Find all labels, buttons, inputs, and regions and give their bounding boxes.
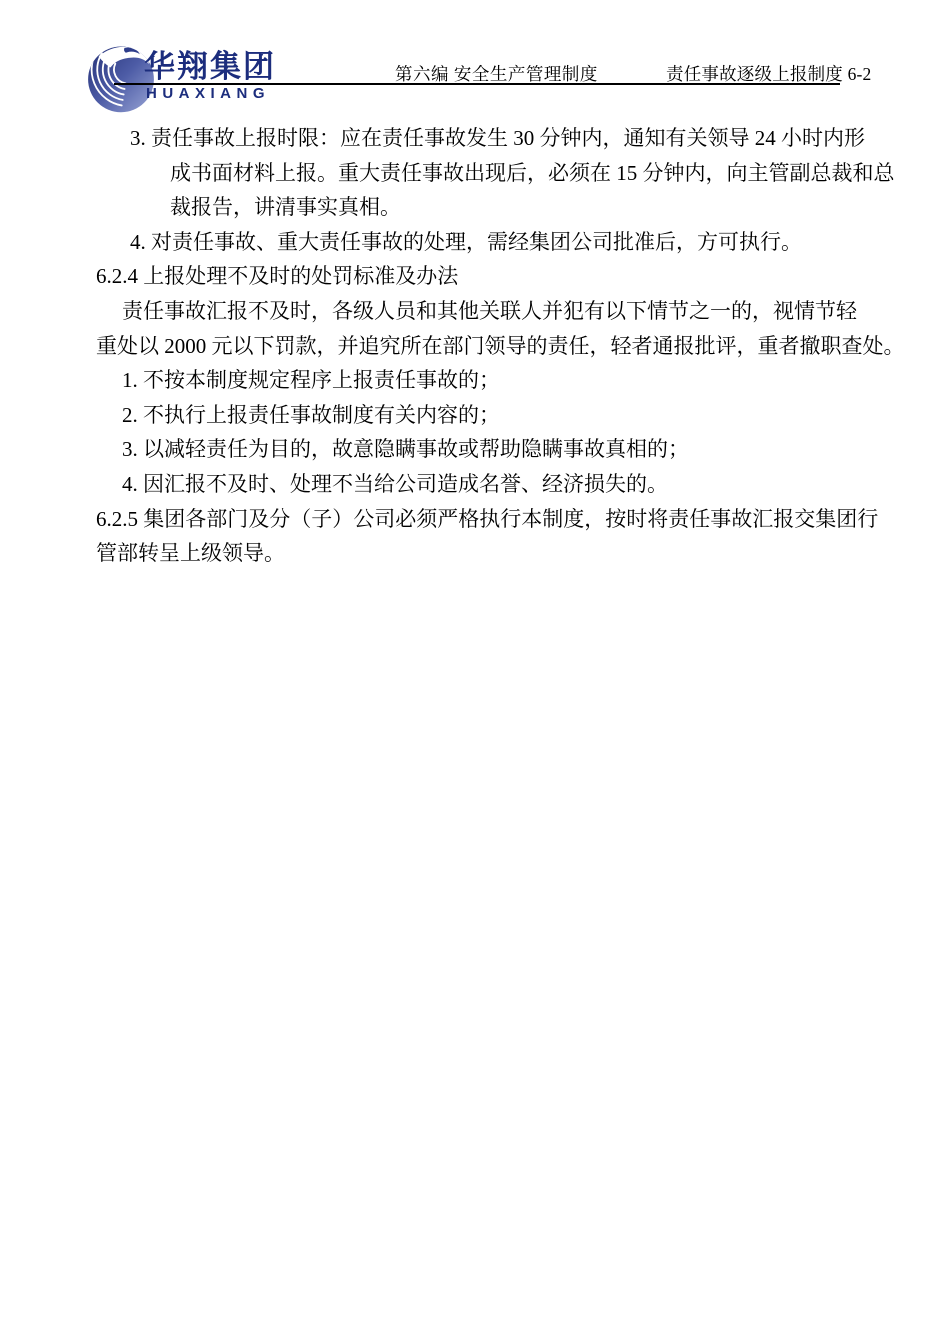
text-line: 责任事故汇报不及时，各级人员和其他关联人并犯有以下情节之一的，视情节轻: [96, 294, 868, 329]
text-line: 1. 不按本制度规定程序上报责任事故的；: [96, 363, 868, 398]
text-line: 3. 以减轻责任为目的，故意隐瞒事故或帮助隐瞒事故真相的；: [96, 432, 868, 467]
text-line: 4. 因汇报不及时、处理不当给公司造成名誉、经济损失的。: [96, 467, 868, 502]
header-rule: [114, 83, 840, 85]
document-body: 3. 责任事故上报时限：应在责任事故发生 30 分钟内，通知有关领导 24 小时…: [96, 121, 868, 571]
text-line: 管部转呈上级领导。: [96, 536, 868, 571]
text-line: 4. 对责任事故、重大责任事故的处理，需经集团公司批准后，方可执行。: [96, 225, 868, 260]
text-line: 6.2.4 上报处理不及时的处罚标准及办法: [96, 259, 868, 294]
text-line: 2. 不执行上报责任事故制度有关内容的；: [96, 398, 868, 433]
text-line: 6.2.5 集团各部门及分（子）公司必须严格执行本制度，按时将责任事故汇报交集团…: [96, 502, 868, 537]
document-page: 华翔集团 HUAXIANG 第六编 安全生产管理制度 责任事故逐级上报制度 6-…: [0, 0, 950, 1344]
text-line: 裁报告，讲清事实真相。: [96, 190, 868, 225]
brand-name-en: HUAXIANG: [146, 86, 270, 101]
text-line: 成书面材料上报。重大责任事故出现后，必须在 15 分钟内，向主管副总裁和总: [96, 156, 868, 191]
text-line: 重处以 2000 元以下罚款，并追究所在部门领导的责任，轻者通报批评，重者撤职查…: [96, 329, 868, 364]
text-line: 3. 责任事故上报时限：应在责任事故发生 30 分钟内，通知有关领导 24 小时…: [96, 121, 868, 156]
brand-name-cn: 华翔集团: [144, 51, 276, 82]
